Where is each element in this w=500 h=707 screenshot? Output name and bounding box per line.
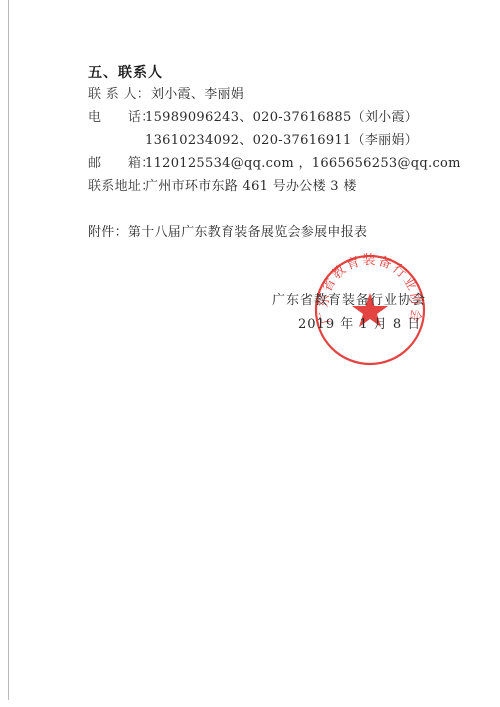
phone-label: 电 话： <box>88 110 145 126</box>
address-value: 广州市环市东路 461 号办公楼 3 楼 <box>145 179 357 194</box>
official-seal-icon: 广东省教育装备行业协会 <box>313 253 427 367</box>
contact-persons-row: 联 系 人：刘小霞、李丽娟 <box>88 87 244 103</box>
contact-persons-value: 刘小霞、李丽娟 <box>151 87 244 102</box>
signature-organization: 广东省教育装备行业协会 <box>272 293 426 309</box>
address-row: 联系地址：广州市环市东路 461 号办公楼 3 楼 <box>88 179 357 195</box>
phone-row-2: 13610234092、020-37616911（李丽娟） <box>145 133 418 149</box>
phone-row: 电 话：15989096243、020-37616885（刘小霞） <box>88 110 418 126</box>
page-left-border <box>8 0 9 700</box>
address-label: 联系地址： <box>88 179 145 195</box>
email-value: 1120125534@qq.com ，1665656253@qq.com <box>145 156 461 171</box>
phone-value-1: 15989096243、020-37616885（刘小霞） <box>145 110 418 125</box>
email-label: 邮 箱： <box>88 156 145 172</box>
section-heading: 五、联系人 <box>88 62 163 82</box>
phone-value-2: 13610234092、020-37616911（李丽娟） <box>145 133 418 148</box>
attachment-line: 附件：第十八届广东教育装备展览会参展申报表 <box>88 225 367 241</box>
contact-persons-label: 联 系 人： <box>88 87 145 103</box>
email-row: 邮 箱：1120125534@qq.com ，1665656253@qq.com <box>88 156 461 172</box>
signature-date: 2019 年 1 月 8 日 <box>298 317 421 333</box>
